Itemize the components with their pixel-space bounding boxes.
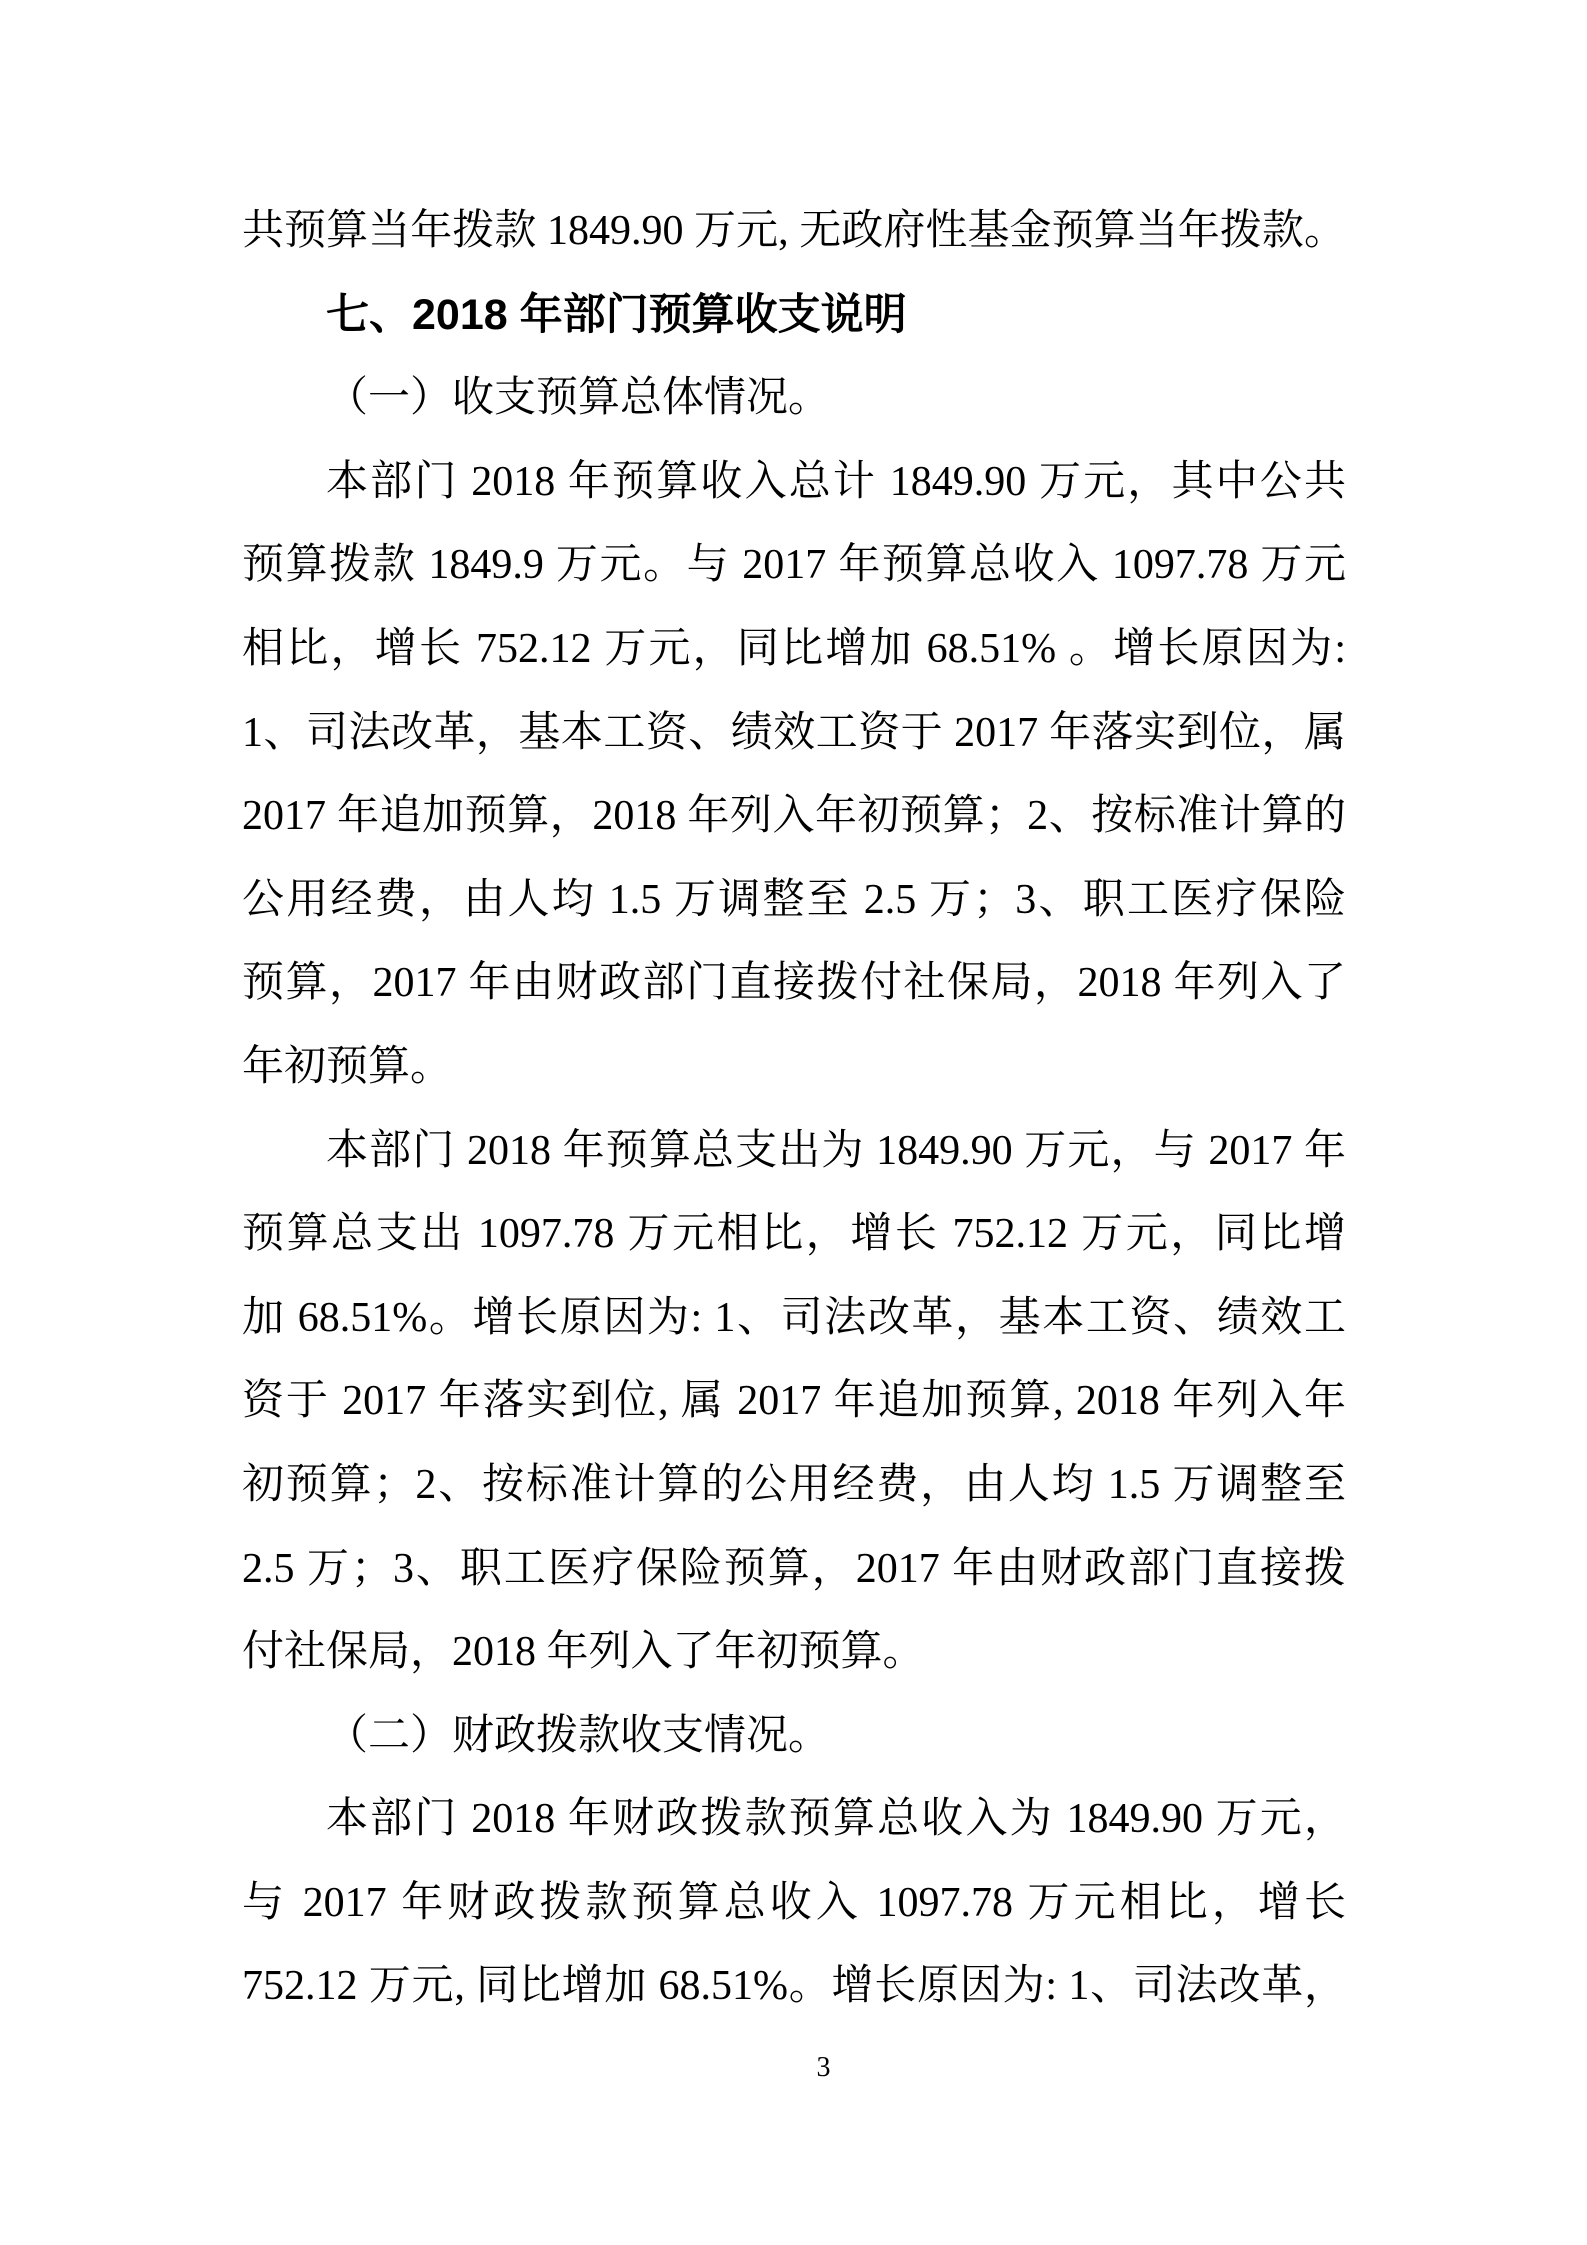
- text-line: 本部门 2018 年财政拨款预算总收入为 1849.90 万元，: [242, 1778, 1346, 1862]
- section-heading: 七、2018 年部门预算收支说明: [242, 274, 1346, 358]
- text-line: 预算，2017 年由财政部门直接拨付社保局，2018 年列入了: [242, 942, 1346, 1026]
- text-line: 本部门 2018 年预算收入总计 1849.90 万元，其中公共: [242, 441, 1346, 525]
- text-line: 初预算；2、按标准计算的公用经费，由人均 1.5 万调整至: [242, 1444, 1346, 1528]
- text-line: 1、司法改革，基本工资、绩效工资于 2017 年落实到位，属: [242, 692, 1346, 776]
- text-line: 本部门 2018 年预算总支出为 1849.90 万元，与 2017 年: [242, 1110, 1346, 1194]
- text-line: 公用经费，由人均 1.5 万调整至 2.5 万；3、职工医疗保险: [242, 859, 1346, 943]
- document-body: 共预算当年拨款 1849.90 万元, 无政府性基金预算当年拨款。七、2018 …: [242, 190, 1346, 2029]
- text-line: （一）收支预算总体情况。: [242, 357, 1346, 441]
- text-line: 共预算当年拨款 1849.90 万元, 无政府性基金预算当年拨款。: [242, 190, 1346, 274]
- text-line: （二）财政拨款收支情况。: [242, 1695, 1346, 1779]
- text-line: 预算拨款 1849.9 万元。与 2017 年预算总收入 1097.78 万元: [242, 524, 1346, 608]
- page-number: 3: [30, 2048, 1587, 2088]
- text-line: 752.12 万元, 同比增加 68.51%。增长原因为: 1、司法改革，: [242, 1945, 1346, 2029]
- text-line: 2.5 万；3、职工医疗保险预算，2017 年由财政部门直接拨: [242, 1528, 1346, 1612]
- text-line: 加 68.51%。增长原因为: 1、司法改革，基本工资、绩效工: [242, 1277, 1346, 1361]
- text-line: 预算总支出 1097.78 万元相比，增长 752.12 万元，同比增: [242, 1193, 1346, 1277]
- text-line: 年初预算。: [242, 1026, 1346, 1110]
- text-line: 2017 年追加预算，2018 年列入年初预算；2、按标准计算的: [242, 775, 1346, 859]
- text-line: 付社保局，2018 年列入了年初预算。: [242, 1611, 1346, 1695]
- text-line: 与 2017 年财政拨款预算总收入 1097.78 万元相比，增长: [242, 1862, 1346, 1946]
- document-page: 共预算当年拨款 1849.90 万元, 无政府性基金预算当年拨款。七、2018 …: [0, 0, 1587, 2245]
- text-line: 资于 2017 年落实到位, 属 2017 年追加预算, 2018 年列入年: [242, 1360, 1346, 1444]
- text-line: 相比，增长 752.12 万元，同比增加 68.51% 。增长原因为:: [242, 608, 1346, 692]
